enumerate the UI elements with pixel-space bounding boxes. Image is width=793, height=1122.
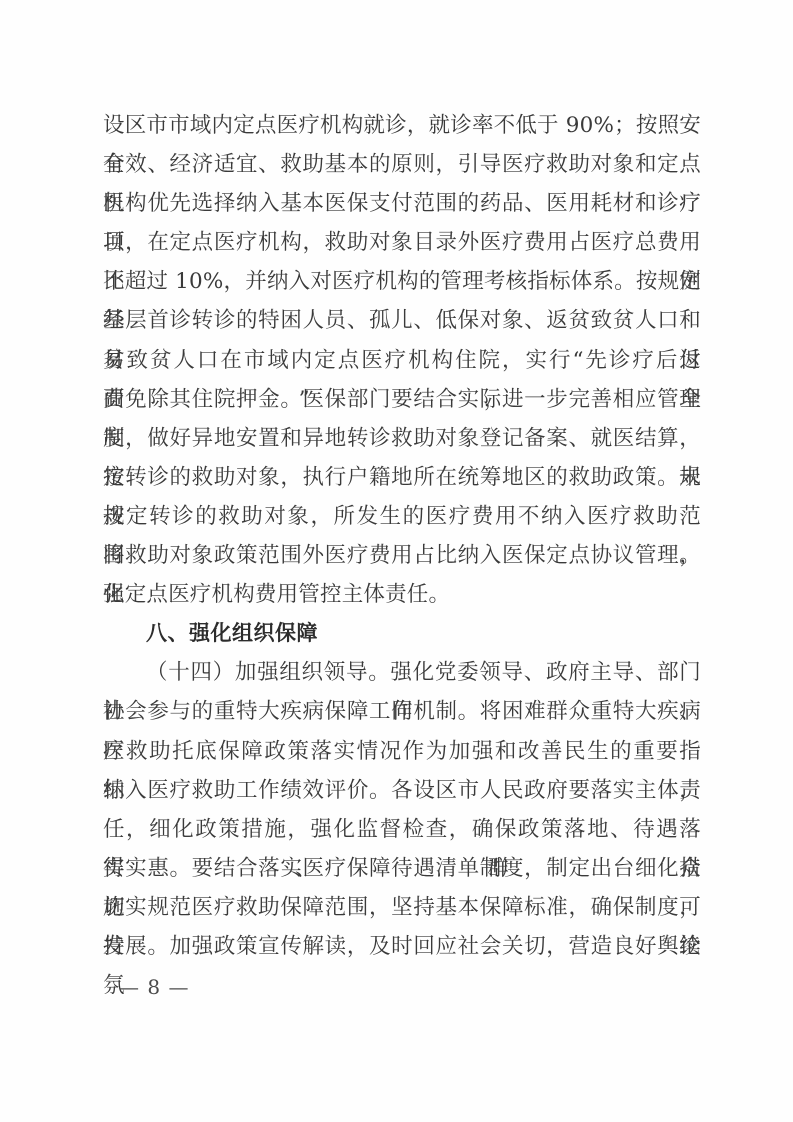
text-line: 规定转诊的救助对象，所发生的医疗费用不纳入医疗救助范围。	[103, 497, 701, 536]
text-line: 发展。加强政策宣传解读，及时回应社会关切，营造良好舆论氛	[103, 927, 701, 966]
text-line: 不超过 10%，并纳入对医疗机构的管理考核指标体系。按规定经	[103, 262, 701, 301]
text-line: 度，做好异地安置和异地转诊救助对象登记备案、就医结算，按规	[103, 419, 701, 458]
document-body: 设区市市域内定点医疗机构就诊，就诊率不低于 90%；按照安全 有效、经济适宜、救…	[103, 106, 701, 966]
text-line: 定转诊的救助对象，执行户籍地所在统筹地区的救助政策。未按	[103, 458, 701, 497]
text-line: 纳入医疗救助工作绩效评价。各设区市人民政府要落实主体责	[103, 771, 701, 810]
text-line: 得实惠。要结合落实医疗保障待遇清单制度，制定出台细化措施，	[103, 849, 701, 888]
text-line: （十四）加强组织领导。强化党委领导、政府主导、部门协同、	[103, 653, 701, 692]
page-number: — 8 —	[119, 975, 189, 999]
text-line: 任，细化政策措施，强化监督检查，确保政策落地、待遇落实、群众	[103, 810, 701, 849]
text-line: 化定点医疗机构费用管控主体责任。	[103, 575, 701, 614]
text-line: 有效、经济适宜、救助基本的原则，引导医疗救助对象和定点医疗	[103, 145, 701, 184]
text-line: 将救助对象政策范围外医疗费用占比纳入医保定点协议管理，强	[103, 536, 701, 575]
text-line: 面免除其住院押金。医保部门要结合实际进一步完善相应管理制	[103, 380, 701, 419]
text-line: 目，在定点医疗机构，救助对象目录外医疗费用占医疗总费用比例	[103, 223, 701, 262]
text-line: 疗救助托底保障政策落实情况作为加强和改善民生的重要指标，	[103, 732, 701, 771]
section-heading: 八、强化组织保障	[103, 614, 701, 653]
text-line: 贫致贫人口在市域内定点医疗机构住院，实行“先诊疗后付费”，全	[103, 341, 701, 380]
document-page: 设区市市域内定点医疗机构就诊，就诊率不低于 90%；按照安全 有效、经济适宜、救…	[0, 0, 793, 1122]
text-line: 机构优先选择纳入基本医保支付范围的药品、医用耗材和诊疗项	[103, 184, 701, 223]
text-line: 设区市市域内定点医疗机构就诊，就诊率不低于 90%；按照安全	[103, 106, 701, 145]
text-line: 社会参与的重特大疾病保障工作机制。将困难群众重特大疾病医	[103, 692, 701, 731]
text-line: 基层首诊转诊的特困人员、孤儿、低保对象、返贫致贫人口和易返	[103, 301, 701, 340]
text-line: 切实规范医疗救助保障范围，坚持基本保障标准，确保制度可持续	[103, 888, 701, 927]
